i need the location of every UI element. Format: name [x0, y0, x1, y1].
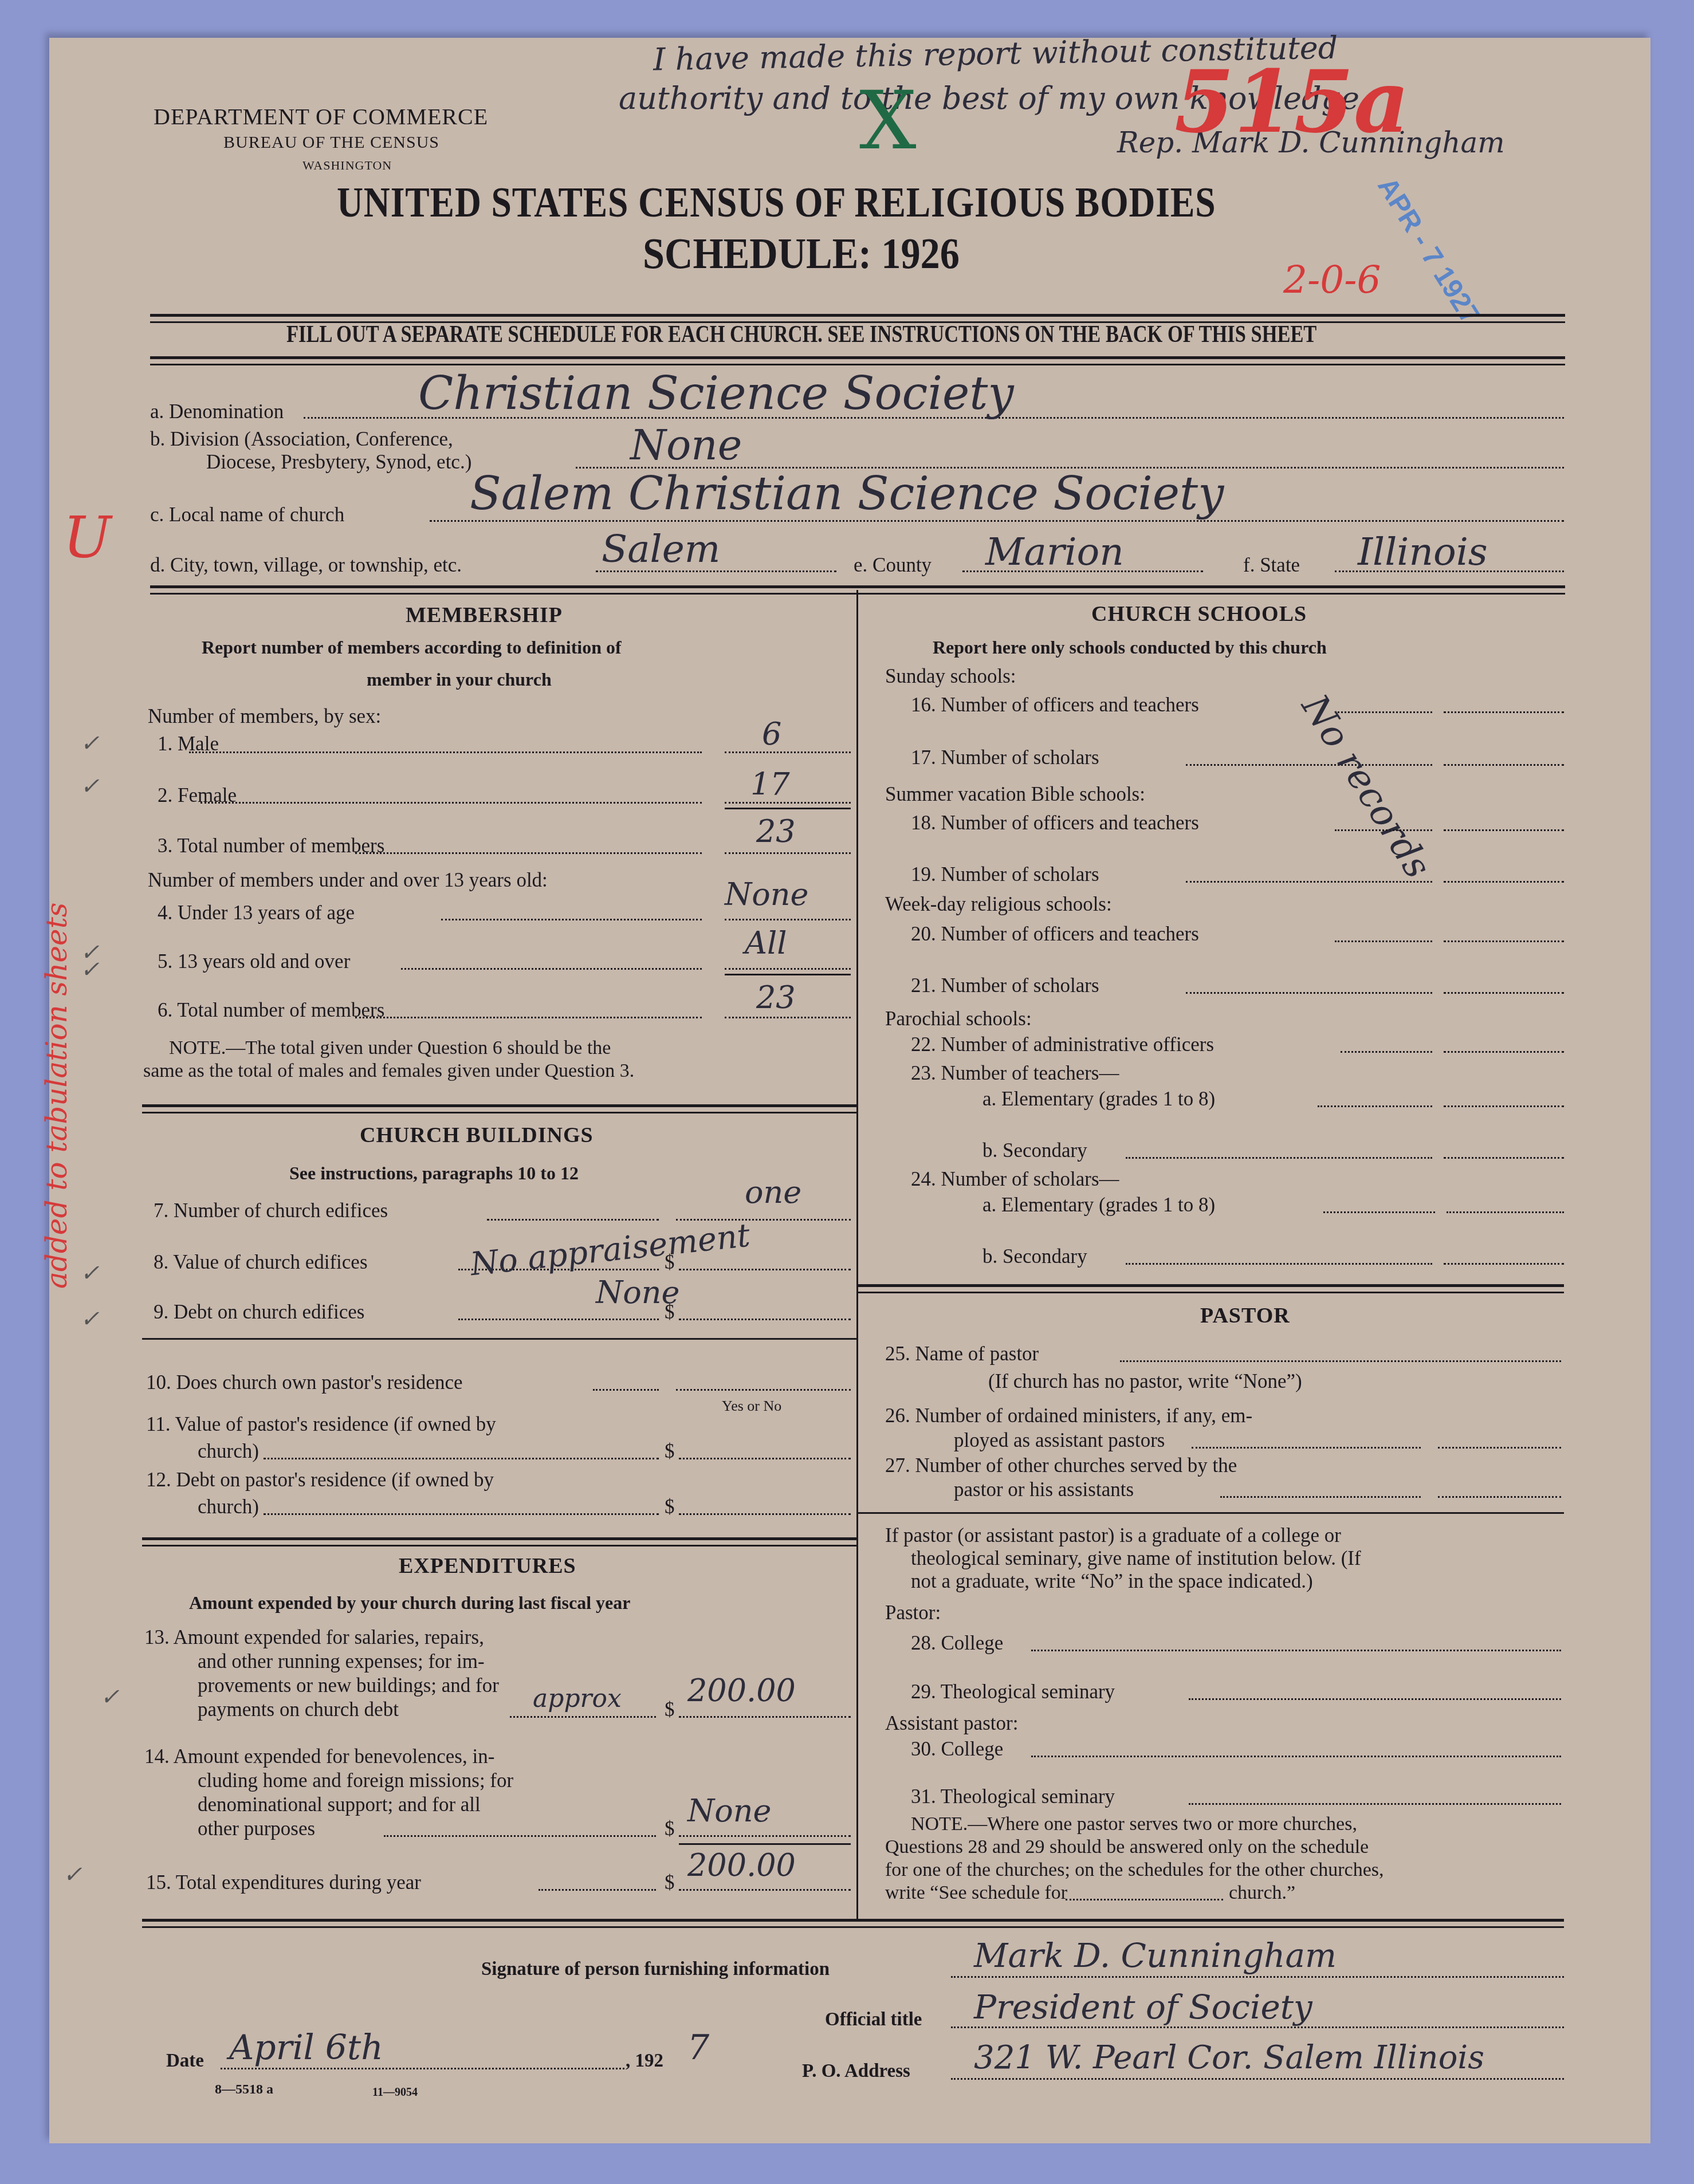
q2-value[interactable]: 17: [750, 766, 790, 802]
red-file-number: 515a: [1174, 52, 1409, 152]
q6-dots: [355, 1017, 702, 1018]
q16-dots: [1335, 711, 1432, 713]
q15-label: 15. Total expenditures during year: [146, 1872, 421, 1894]
city-label: d. City, town, village, or township, etc…: [150, 554, 462, 577]
q10-hint: Yes or No: [722, 1398, 781, 1415]
q26-dots: [1192, 1447, 1421, 1449]
local-name-label: c. Local name of church: [150, 504, 344, 526]
year-prefix: , 192: [626, 2051, 663, 2072]
graduate-instruction-1: If pastor (or assistant pastor) is a gra…: [885, 1525, 1341, 1547]
q11-label-line2: church): [198, 1441, 259, 1463]
q6-value[interactable]: 23: [756, 979, 796, 1016]
q24b-answer-line: [1444, 1263, 1564, 1265]
header-divider: [150, 314, 1565, 317]
q27-line2: pastor or his assistants: [954, 1479, 1134, 1501]
q17-answer-line: [1444, 764, 1564, 766]
expenditures-heading: EXPENDITURES: [399, 1553, 576, 1579]
q21-answer-line: [1444, 992, 1564, 994]
check-mark-icon: ✓: [80, 730, 100, 757]
denomination-label: a. Denomination: [150, 401, 284, 423]
q11-label-line1: 11. Value of pastor's residence (if owne…: [146, 1414, 496, 1436]
summer-schools-label: Summer vacation Bible schools:: [885, 784, 1145, 806]
q13-answer-line: [679, 1716, 851, 1718]
q7-value[interactable]: one: [745, 1174, 801, 1210]
q23b-label: b. Secondary: [982, 1140, 1087, 1162]
q24b-dots: [1126, 1263, 1432, 1265]
q31-label: 31. Theological seminary: [911, 1786, 1115, 1808]
q24a-answer-line: [1447, 1211, 1564, 1213]
q4-answer-line: [725, 919, 851, 920]
local-name-value[interactable]: Salem Christian Science Society: [470, 467, 1224, 520]
q1-answer-line: [725, 751, 851, 753]
location: WASHINGTON: [302, 158, 392, 173]
q12-dots: [264, 1513, 659, 1515]
q13-qualifier: approx: [533, 1684, 622, 1713]
q27-dots: [1220, 1496, 1421, 1498]
q14-line4: other purposes: [198, 1818, 315, 1840]
sunday-schools-label: Sunday schools:: [885, 666, 1016, 688]
q29-answer-line: [1189, 1698, 1561, 1700]
q24a-dots: [1323, 1211, 1435, 1213]
q19-label: 19. Number of scholars: [911, 864, 1099, 886]
footer-divider: [142, 1919, 1564, 1922]
q17-label: 17. Number of scholars: [911, 747, 1099, 769]
q9-label: 9. Debt on church edifices: [154, 1301, 364, 1324]
q18-answer-line: [1444, 829, 1564, 831]
q13-line3: provements or new buildings; and for: [198, 1675, 499, 1697]
q2-dots: [201, 802, 702, 804]
q21-dots: [1186, 992, 1432, 994]
q23-label: 23. Number of teachers—: [911, 1063, 1119, 1085]
q26-line1: 26. Number of ordained ministers, if any…: [885, 1405, 1252, 1427]
form-number: 8—5518 a: [215, 2082, 273, 2098]
q23a-label: a. Elementary (grades 1 to 8): [982, 1088, 1215, 1111]
pastor-note-4b: church.”: [1229, 1882, 1295, 1904]
q29-label: 29. Theological seminary: [911, 1681, 1115, 1703]
division-value[interactable]: None: [630, 421, 742, 469]
pastor-group-label: Pastor:: [885, 1602, 941, 1624]
q27-answer-line: [1438, 1496, 1561, 1498]
q3-dots: [355, 852, 702, 854]
check-mark-icon: ✓: [80, 1306, 100, 1332]
buildings-bottom-divider: [142, 1537, 856, 1540]
expenditures-subtitle: Amount expended by your church during la…: [189, 1592, 630, 1614]
church-buildings-heading: CHURCH BUILDINGS: [360, 1123, 594, 1148]
green-x-mark: X: [859, 74, 917, 168]
membership-divider: [142, 1104, 856, 1107]
q9-value[interactable]: None: [596, 1274, 680, 1311]
q30-answer-line: [1031, 1756, 1561, 1757]
q25-answer-line: [1120, 1360, 1561, 1362]
check-mark-icon: ✓: [80, 773, 100, 800]
members-by-age-label: Number of members under and over 13 year…: [148, 869, 548, 892]
q14-dots: [384, 1835, 656, 1837]
q3-value[interactable]: 23: [756, 813, 796, 849]
red-code: 2-0-6: [1283, 258, 1381, 302]
q13-dollar-sign: $: [665, 1699, 675, 1721]
q8-answer-line: [679, 1269, 851, 1270]
q1-value[interactable]: 6: [762, 716, 781, 752]
q6-answer-line: [725, 1017, 851, 1018]
q22-label: 22. Number of administrative officers: [911, 1034, 1214, 1056]
membership-subtitle-1: Report number of members according to de…: [202, 637, 622, 658]
print-number: 11—9054: [372, 2086, 418, 2099]
q19-answer-line: [1444, 881, 1564, 883]
q12-label-line2: church): [198, 1496, 259, 1518]
denomination-value[interactable]: Christian Science Society: [418, 367, 1014, 420]
q4-label: 4. Under 13 years of age: [158, 902, 355, 924]
margin-red-letter: U: [63, 504, 111, 571]
q11-dots: [264, 1458, 659, 1459]
schedule-year: SCHEDULE: 1926: [643, 229, 960, 279]
q24-label: 24. Number of scholars—: [911, 1168, 1119, 1191]
q16-answer-line: [1444, 711, 1564, 713]
q5-answer-line: [725, 968, 851, 970]
bureau-name: BUREAU OF THE CENSUS: [223, 133, 439, 152]
q20-answer-line: [1444, 941, 1564, 942]
q21-label: 21. Number of scholars: [911, 975, 1099, 997]
city-value[interactable]: Salem: [602, 527, 720, 571]
q26-line2: ployed as assistant pastors: [954, 1430, 1165, 1452]
assistant-group-label: Assistant pastor:: [885, 1713, 1018, 1735]
q8-label: 8. Value of church edifices: [154, 1252, 368, 1274]
official-title-line: [951, 2026, 1564, 2028]
year-suffix[interactable]: 7: [687, 2028, 709, 2068]
membership-note-2: same as the total of males and females g…: [143, 1060, 634, 1082]
q23a-dots: [1318, 1105, 1432, 1107]
q5-label: 5. 13 years old and over: [158, 951, 350, 973]
parochial-schools-label: Parochial schools:: [885, 1008, 1032, 1030]
q26-answer-line: [1438, 1447, 1561, 1449]
fill-out-instruction: FILL OUT A SEPARATE SCHEDULE FOR EACH CH…: [286, 321, 1316, 348]
church-schools-subtitle: Report here only schools conducted by th…: [933, 637, 1327, 658]
q4-dots: [441, 919, 702, 920]
q3-answer-line: [725, 852, 851, 854]
graduate-instruction-2: theological seminary, give name of insti…: [911, 1548, 1361, 1570]
q7-answer-line: [676, 1219, 851, 1221]
q14-line3: denominational support; and for all: [198, 1794, 481, 1816]
q12-dollar-sign: $: [665, 1496, 675, 1518]
q14-line1: 14. Amount expended for benevolences, in…: [144, 1746, 494, 1768]
q5-underline: [725, 974, 851, 975]
pastor-note-4a: write “See schedule for: [885, 1882, 1067, 1904]
date-label: Date: [166, 2051, 204, 2072]
po-address-line: [951, 2078, 1564, 2080]
date-value[interactable]: April 6th: [229, 2028, 383, 2068]
q13-line1: 13. Amount expended for salaries, repair…: [144, 1627, 484, 1649]
q10-label: 10. Does church own pastor's residence: [146, 1372, 463, 1394]
q17-dots: [1186, 764, 1432, 766]
q18-dots: [1335, 829, 1432, 831]
q7-dots: [487, 1219, 659, 1221]
q6-label: 6. Total number of members: [158, 999, 384, 1022]
division-label-line1: b. Division (Association, Conference,: [150, 428, 453, 451]
q19-dots: [1186, 881, 1432, 883]
membership-subtitle-2: member in your church: [367, 669, 552, 690]
margin-tabulation-note: added to tabulation sheets: [40, 903, 73, 1289]
q4-value[interactable]: None: [725, 876, 809, 912]
state-label: f. State: [1243, 554, 1300, 577]
po-address-value[interactable]: 321 W. Pearl Cor. Salem Illinois: [974, 2039, 1484, 2076]
church-schools-heading: CHURCH SCHOOLS: [1091, 601, 1307, 627]
county-label: e. County: [854, 554, 931, 577]
q23b-answer-line: [1444, 1157, 1564, 1159]
q15-answer-line: [679, 1889, 851, 1891]
membership-heading: MEMBERSHIP: [406, 603, 563, 628]
q12-label-line1: 12. Debt on pastor's residence (if owned…: [146, 1469, 494, 1492]
schools-divider: [858, 1284, 1564, 1287]
q25-label: 25. Name of pastor: [885, 1343, 1039, 1366]
form-title: UNITED STATES CENSUS OF RELIGIOUS BODIES: [337, 179, 1216, 227]
q3-label: 3. Total number of members: [158, 835, 384, 857]
q13-value[interactable]: 200.00: [687, 1673, 796, 1709]
q7-label: 7. Number of church edifices: [154, 1200, 388, 1222]
q2-underline: [725, 808, 851, 809]
q5-dots: [401, 968, 702, 970]
q14-line2: cluding home and foreign missions; for: [198, 1770, 513, 1792]
po-address-label: P. O. Address: [802, 2061, 910, 2082]
graduate-instruction-3: not a graduate, write “No” in the space …: [911, 1571, 1313, 1593]
q13-line4: payments on church debt: [198, 1699, 399, 1721]
q13-line2: and other running expenses; for im-: [198, 1651, 485, 1673]
pastor-divider: [858, 1512, 1564, 1514]
pastor-heading: PASTOR: [1200, 1303, 1290, 1328]
q12-answer-line: [679, 1513, 851, 1515]
q20-dots: [1335, 941, 1432, 942]
q23b-dots: [1126, 1157, 1432, 1159]
q28-answer-line: [1031, 1650, 1561, 1651]
q13-dots: [510, 1716, 656, 1718]
q14-answer-line: [679, 1835, 851, 1837]
check-mark-icon: ✓: [80, 957, 100, 983]
check-mark-icon: ✓: [100, 1684, 120, 1710]
date-line: [221, 2068, 624, 2069]
q1-dots: [189, 751, 702, 753]
pastor-note-2: Questions 28 and 29 should be answered o…: [885, 1836, 1369, 1858]
q10-dots: [593, 1389, 659, 1391]
q27-line1: 27. Number of other churches served by t…: [885, 1455, 1237, 1477]
q31-answer-line: [1189, 1803, 1561, 1805]
county-value[interactable]: Marion: [985, 530, 1124, 574]
q10-answer-line: [676, 1389, 851, 1391]
signature-label: Signature of person furnishing informati…: [481, 1959, 830, 1980]
q15-dots: [539, 1889, 656, 1891]
church-buildings-subtitle: See instructions, paragraphs 10 to 12: [289, 1163, 579, 1184]
department-name: DEPARTMENT OF COMMERCE: [154, 103, 488, 130]
official-title-value[interactable]: President of Society: [974, 1988, 1312, 2026]
q18-label: 18. Number of officers and teachers: [911, 812, 1199, 835]
column-divider: [856, 590, 858, 1919]
q23a-answer-line: [1444, 1105, 1564, 1107]
q28-label: 28. College: [911, 1632, 1003, 1655]
q30-label: 30. College: [911, 1738, 1003, 1761]
instruction-divider: [150, 356, 1565, 359]
q20-label: 20. Number of officers and teachers: [911, 923, 1199, 946]
check-mark-icon: ✓: [63, 1862, 82, 1888]
q22-dots: [1341, 1051, 1432, 1053]
official-title-label: Official title: [825, 2009, 922, 2030]
signature-value[interactable]: Mark D. Cunningham: [974, 1936, 1337, 1975]
q9-dots: [458, 1319, 659, 1320]
q25-hint: (If church has no pastor, write “None”): [988, 1371, 1302, 1393]
identification-divider: [150, 585, 1565, 588]
q15-dollar-sign: $: [665, 1872, 675, 1894]
q24b-label: b. Secondary: [982, 1246, 1087, 1268]
q14-underline: [679, 1843, 851, 1845]
see-schedule-line: [1066, 1899, 1223, 1900]
q22-answer-line: [1444, 1051, 1564, 1053]
q9-answer-line: [679, 1319, 851, 1320]
membership-note-1: NOTE.—The total given under Question 6 s…: [169, 1037, 611, 1059]
q5-value[interactable]: All: [745, 925, 787, 961]
q11-dollar-sign: $: [665, 1441, 675, 1463]
pastor-note-3: for one of the churches; on the schedule…: [885, 1859, 1384, 1881]
signature-line: [951, 1976, 1564, 1978]
q14-dollar-sign: $: [665, 1818, 675, 1840]
state-value[interactable]: Illinois: [1358, 530, 1488, 574]
q24a-label: a. Elementary (grades 1 to 8): [982, 1194, 1215, 1217]
q14-value[interactable]: None: [687, 1793, 772, 1829]
q11-answer-line: [679, 1458, 851, 1459]
division-label-line2: Diocese, Presbytery, Synod, etc.): [206, 451, 471, 474]
pastor-note-1: NOTE.—Where one pastor serves two or mor…: [911, 1813, 1357, 1835]
buildings-divider: [142, 1338, 856, 1340]
members-by-sex-label: Number of members, by sex:: [148, 706, 381, 728]
q15-value[interactable]: 200.00: [687, 1847, 796, 1883]
weekday-schools-label: Week-day religious schools:: [885, 894, 1112, 916]
check-mark-icon: ✓: [80, 1260, 100, 1286]
q16-label: 16. Number of officers and teachers: [911, 694, 1199, 717]
local-name-line: [430, 520, 1564, 522]
